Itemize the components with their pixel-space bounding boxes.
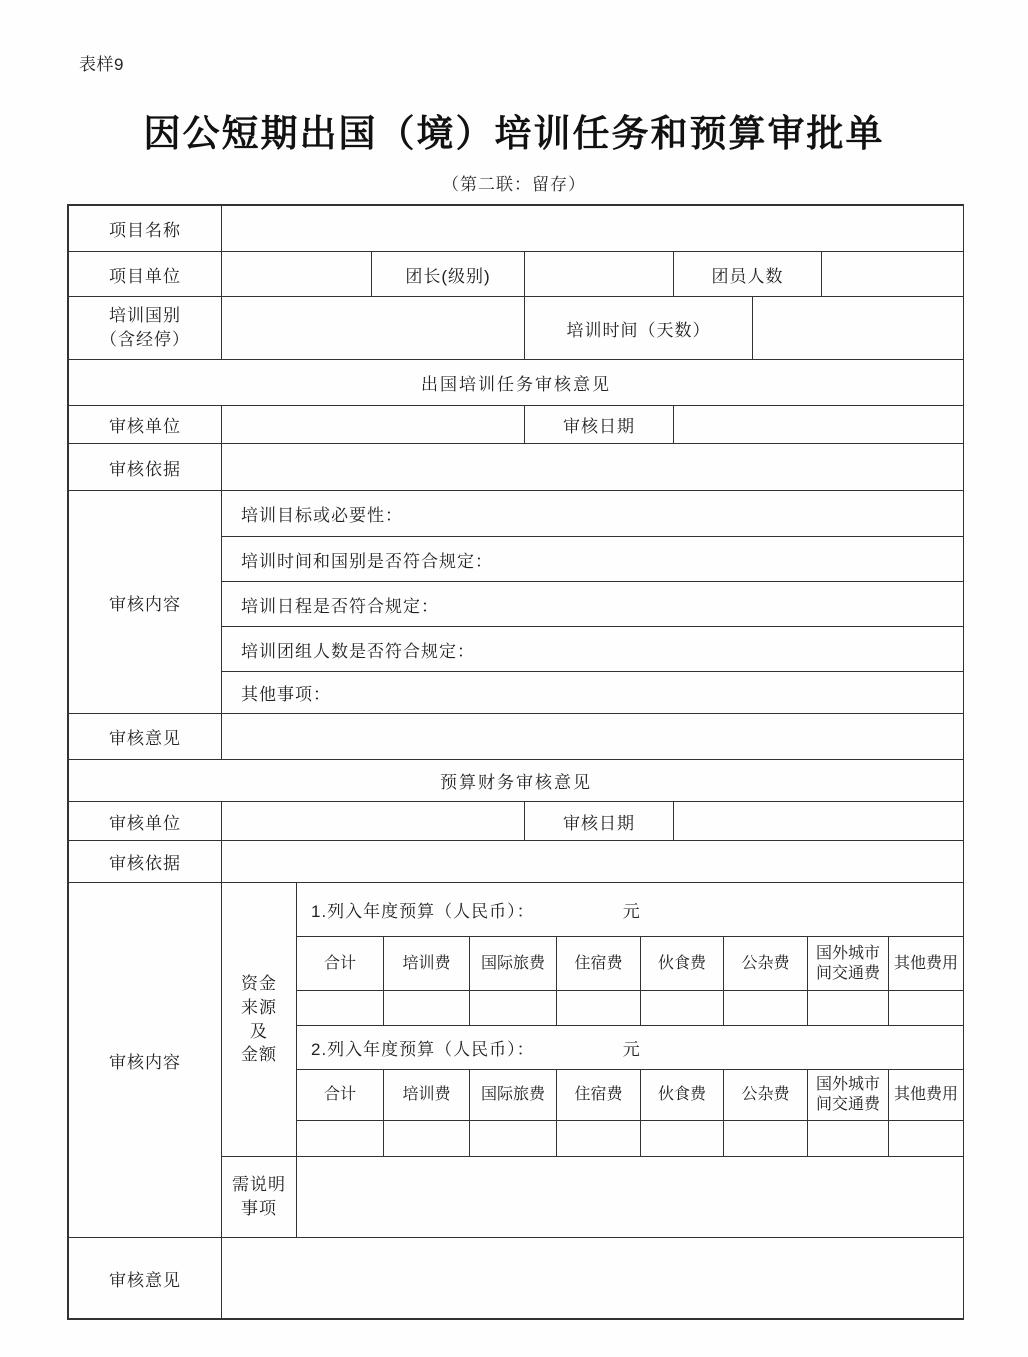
currency-unit-label: 元 xyxy=(623,902,641,921)
budget-amount-cell xyxy=(724,991,808,1026)
budget-col-intl-travel: 国际旅费 xyxy=(470,1070,557,1121)
review-basis-label: 审核依据 xyxy=(69,841,222,883)
budget-amount-cell xyxy=(641,991,724,1026)
budget-amount-cell xyxy=(384,1121,470,1157)
review-date-label: 审核日期 xyxy=(525,406,674,444)
review-content-label: 审核内容 xyxy=(69,491,222,714)
review-opinion-field xyxy=(222,1238,964,1319)
budget-line-1-text: 1.列入年度预算（人民币）： xyxy=(311,902,535,921)
training-country-field xyxy=(222,297,525,360)
budget-col-other: 其他费用 xyxy=(889,937,964,991)
row-task-review-opinion: 审核意见 xyxy=(68,713,964,760)
budget-col-lodging: 住宿费 xyxy=(557,1070,641,1121)
budget-amount-cell xyxy=(297,991,384,1026)
task-review-content-block: 审核内容 培训目标或必要性： 培训时间和国别是否符合规定： 培训日程是否符合规定… xyxy=(68,490,964,714)
budget-amount-cell xyxy=(641,1121,724,1157)
training-duration-field xyxy=(753,297,964,360)
review-opinion-label: 审核意见 xyxy=(69,1238,222,1319)
budget-col-total: 合计 xyxy=(297,1070,384,1121)
budget-amount-cell xyxy=(889,1121,964,1157)
budget-review-content-label: 审核内容 xyxy=(69,883,222,1238)
leader-level-field xyxy=(525,252,674,297)
budget-amount-cell xyxy=(470,991,557,1026)
row-budget-review-basis: 审核依据 xyxy=(68,840,964,883)
review-unit-label: 审核单位 xyxy=(69,406,222,444)
leader-level-label: 团长(级别) xyxy=(372,252,525,297)
budget-amount-cell xyxy=(808,1121,889,1157)
budget-col-misc: 公杂费 xyxy=(724,937,808,991)
form-title: 因公短期出国（境）培训任务和预算审批单 xyxy=(0,103,1028,157)
budget-col-intl-travel: 国际旅费 xyxy=(470,937,557,991)
review-item-schedule: 培训日程是否符合规定： xyxy=(222,582,964,627)
budget-section-header: 预算财务审核意见 xyxy=(69,760,964,802)
funding-source-label: 资金 来源 及 金额 xyxy=(222,883,297,1157)
approval-form-table: 项目名称 项目单位 团长(级别) 团员人数 xyxy=(67,204,964,1320)
review-unit-label: 审核单位 xyxy=(69,802,222,841)
review-basis-label: 审核依据 xyxy=(69,444,222,491)
budget-col-meals: 伙食费 xyxy=(641,1070,724,1121)
review-item-other: 其他事项： xyxy=(222,672,964,714)
project-name-label: 项目名称 xyxy=(69,206,222,252)
member-count-label: 团员人数 xyxy=(674,252,822,297)
budget-col-meals: 伙食费 xyxy=(641,937,724,991)
budget-col-intercity-transport: 国外城市间交通费 xyxy=(808,1070,889,1121)
notes-field xyxy=(297,1157,964,1238)
budget-amount-cell xyxy=(724,1121,808,1157)
budget-block: 审核内容 资金 来源 及 金额 1.列入年度预算（人民币）：元 合计 培训费 国… xyxy=(68,882,964,1238)
task-section-header: 出国培训任务审核意见 xyxy=(69,360,964,406)
row-task-section-header: 出国培训任务审核意见 xyxy=(68,359,964,406)
project-unit-label: 项目单位 xyxy=(69,252,222,297)
budget-col-intercity-transport: 国外城市间交通费 xyxy=(808,937,889,991)
budget-col-other: 其他费用 xyxy=(889,1070,964,1121)
budget-amount-cell xyxy=(557,991,641,1026)
review-opinion-field xyxy=(222,714,964,760)
review-basis-field xyxy=(222,841,964,883)
currency-unit-label: 元 xyxy=(623,1040,641,1059)
budget-line-1: 1.列入年度预算（人民币）：元 xyxy=(297,883,964,937)
member-count-field xyxy=(822,252,964,297)
review-date-label: 审核日期 xyxy=(525,802,674,841)
training-duration-label: 培训时间（天数） xyxy=(525,297,753,360)
budget-line-2-text: 2.列入年度预算（人民币）： xyxy=(311,1040,535,1059)
project-unit-field xyxy=(222,252,372,297)
row-budget-review-opinion: 审核意见 xyxy=(68,1237,964,1319)
training-country-label: 培训国别 （含经停） xyxy=(69,297,222,360)
review-unit-field xyxy=(222,406,525,444)
row-budget-review-unit: 审核单位 审核日期 xyxy=(68,801,964,841)
budget-amount-cell xyxy=(808,991,889,1026)
budget-line-2: 2.列入年度预算（人民币）：元 xyxy=(297,1026,964,1070)
review-item-group-size: 培训团组人数是否符合规定： xyxy=(222,627,964,672)
budget-amount-cell xyxy=(470,1121,557,1157)
review-date-field xyxy=(674,802,964,841)
copy-note: （第二联：留存） xyxy=(0,170,1028,195)
review-item-goal: 培训目标或必要性： xyxy=(222,491,964,537)
row-budget-section-header: 预算财务审核意见 xyxy=(68,759,964,802)
row-task-review-unit: 审核单位 审核日期 xyxy=(68,405,964,444)
review-date-field xyxy=(674,406,964,444)
budget-amount-cell xyxy=(297,1121,384,1157)
budget-amount-cell xyxy=(384,991,470,1026)
review-basis-field xyxy=(222,444,964,491)
budget-col-training-fee: 培训费 xyxy=(384,1070,470,1121)
row-project-name: 项目名称 xyxy=(68,205,964,252)
budget-col-total: 合计 xyxy=(297,937,384,991)
budget-amount-cell xyxy=(557,1121,641,1157)
form-number-label: 表样9 xyxy=(79,50,124,75)
review-unit-field xyxy=(222,802,525,841)
row-training-country: 培训国别 （含经停） 培训时间（天数） xyxy=(68,296,964,360)
review-item-time-country: 培训时间和国别是否符合规定： xyxy=(222,537,964,582)
budget-col-lodging: 住宿费 xyxy=(557,937,641,991)
row-task-review-basis: 审核依据 xyxy=(68,443,964,491)
row-project-unit: 项目单位 团长(级别) 团员人数 xyxy=(68,251,964,297)
review-opinion-label: 审核意见 xyxy=(69,714,222,760)
budget-col-training-fee: 培训费 xyxy=(384,937,470,991)
project-name-field xyxy=(222,206,964,252)
notes-label: 需说明 事项 xyxy=(222,1157,297,1238)
document-page: 表样9 因公短期出国（境）培训任务和预算审批单 （第二联：留存） 项目名称 项目… xyxy=(0,0,1028,1357)
budget-col-misc: 公杂费 xyxy=(724,1070,808,1121)
budget-amount-cell xyxy=(889,991,964,1026)
